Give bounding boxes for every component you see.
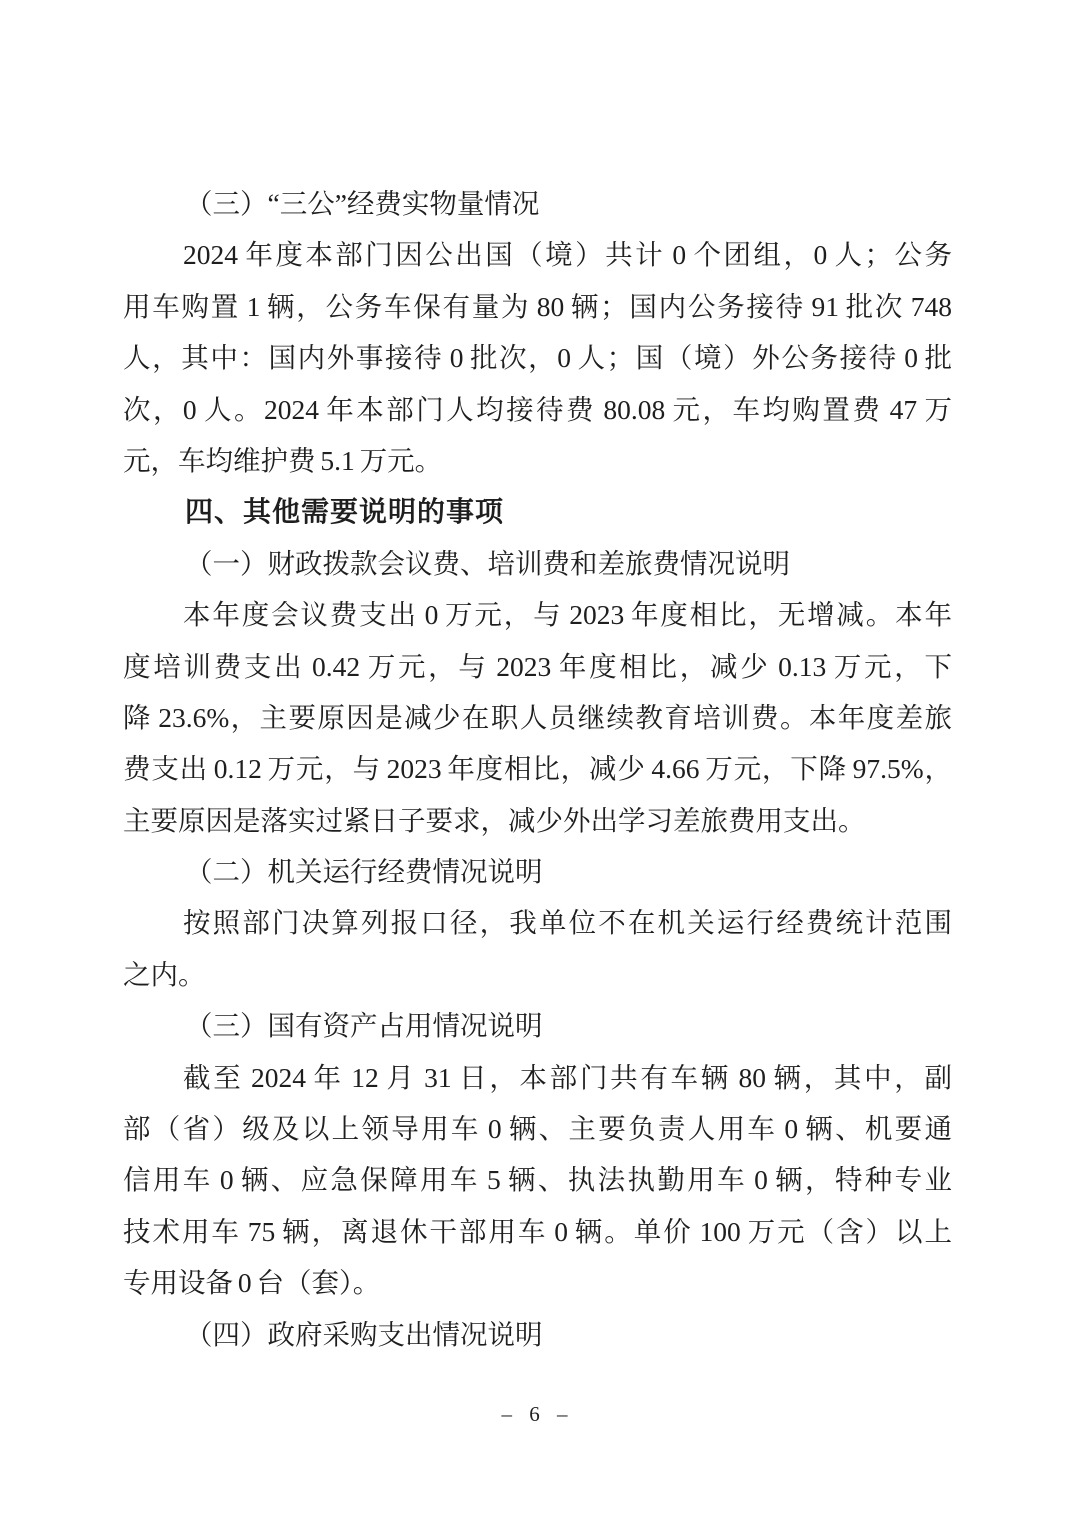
paragraph-line: 元，车均维护费 5.1 万元。 bbox=[123, 435, 952, 486]
paragraph-line: 用车购置 1 辆，公务车保有量为 80 辆；国内公务接待 91 批次 748 bbox=[123, 281, 952, 332]
paragraph-line: 之内。 bbox=[123, 949, 952, 1000]
subsection-heading: （三）“三公”经费实物量情况 bbox=[123, 178, 952, 229]
subsection-heading: （三）国有资产占用情况说明 bbox=[123, 1000, 952, 1051]
paragraph-line: 降 23.6%，主要原因是减少在职人员继续教育培训费。本年度差旅 bbox=[123, 692, 952, 743]
paragraph-line: 技术用车 75 辆，离退休干部用车 0 辆。单价 100 万元（含）以上 bbox=[123, 1206, 952, 1257]
paragraph-line: 部（省）级及以上领导用车 0 辆、主要负责人用车 0 辆、机要通 bbox=[123, 1103, 952, 1154]
paragraph-line: 截至 2024 年 12 月 31 日，本部门共有车辆 80 辆，其中，副 bbox=[123, 1052, 952, 1103]
paragraph-line: 度培训费支出 0.42 万元，与 2023 年度相比，减少 0.13 万元，下 bbox=[123, 641, 952, 692]
subsection-heading: （四）政府采购支出情况说明 bbox=[123, 1309, 952, 1360]
paragraph-line: 人，其中：国内外事接待 0 批次，0 人；国（境）外公务接待 0 批 bbox=[123, 332, 952, 383]
paragraph-line: 费支出 0.12 万元，与 2023 年度相比，减少 4.66 万元，下降 97… bbox=[123, 743, 952, 794]
paragraph-line: 次，0 人。2024 年本部门人均接待费 80.08 元，车均购置费 47 万 bbox=[123, 384, 952, 435]
page-number: – 6 – bbox=[0, 1402, 1075, 1427]
section-heading: 四、其他需要说明的事项 bbox=[123, 486, 952, 537]
paragraph-line: 按照部门决算列报口径，我单位不在机关运行经费统计范围 bbox=[123, 897, 952, 948]
subsection-heading: （二）机关运行经费情况说明 bbox=[123, 846, 952, 897]
document-content: （三）“三公”经费实物量情况2024 年度本部门因公出国（境）共计 0 个团组，… bbox=[123, 178, 952, 1360]
paragraph-line: 2024 年度本部门因公出国（境）共计 0 个团组，0 人；公务 bbox=[123, 229, 952, 280]
paragraph-line: 主要原因是落实过紧日子要求，减少外出学习差旅费用支出。 bbox=[123, 795, 952, 846]
subsection-heading: （一）财政拨款会议费、培训费和差旅费情况说明 bbox=[123, 538, 952, 589]
paragraph-line: 专用设备 0 台（套）。 bbox=[123, 1257, 952, 1308]
paragraph-line: 信用车 0 辆、应急保障用车 5 辆、执法执勤用车 0 辆，特种专业 bbox=[123, 1154, 952, 1205]
document-page: （三）“三公”经费实物量情况2024 年度本部门因公出国（境）共计 0 个团组，… bbox=[0, 0, 1075, 1520]
paragraph-line: 本年度会议费支出 0 万元，与 2023 年度相比，无增减。本年 bbox=[123, 589, 952, 640]
